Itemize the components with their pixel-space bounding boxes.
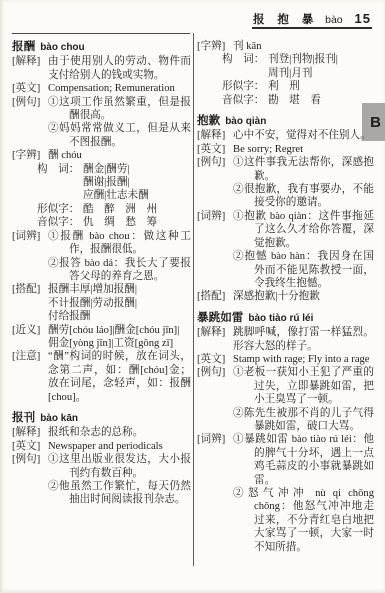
headword-text: 抱歉 [197, 114, 220, 127]
section-text: ②很抱歉，我有事要办，不能接受你的邀请。 [233, 183, 374, 210]
entry-section: [例句]①老板一获知小王犯了严重的过失，立即暴跳如雷，把小王臭骂了一顿。②陈先生… [197, 366, 374, 433]
section-content: 酬劳[chóu láo]|酬金[chóu jīn]|佣金[yòng jīn]|工… [48, 324, 191, 351]
section-text: “酬”构词的时候，放在词头，念第二声，如：酬[chóu]金；放在词尾，念轻声，如… [48, 350, 191, 404]
entry-section: [解释]跳脚呼喊，像打雷一样猛烈。形容大怒的样子。 [197, 326, 374, 353]
section-text: 酬劳[chóu láo]|酬金[chóu jīn]| [48, 324, 191, 337]
kv-line: 周刊|月刊 [268, 67, 374, 80]
dict-entry: 报酬bào chou[解释]由于使用别人的劳动、物件而支付给别人的钱或实物。[英… [12, 40, 191, 404]
section-text: Compensation; Remuneration [48, 82, 191, 95]
kv-key: 构 词： [37, 163, 83, 203]
section-content: ①暴跳如雷 bào tiào rú léi：他的脾气十分坏，遇上一点鸡毛蒜皮的小… [233, 433, 374, 554]
section-content: 深感抱歉|十分抱歉 [233, 290, 374, 303]
entry-headword: 报酬bào chou [12, 40, 191, 54]
section-label: [例句] [12, 96, 48, 150]
section-text: Stamp with rage; Fly into a rage [233, 353, 374, 366]
entry-section: [字辨]刊 kān [197, 40, 374, 53]
kv-line: 酬谢|报酬| [83, 176, 191, 189]
section-label: [例句] [197, 366, 233, 433]
kv-row: 构 词：酬金|酬劳|酬谢|报酬|应酬|壮志未酬 [37, 163, 191, 203]
entry-headword: 抱歉bào qiàn [197, 114, 374, 128]
entry-section: [搭配]报酬丰厚|增加报酬|不计报酬|劳动报酬|付给报酬 [12, 283, 191, 323]
section-content: Be sorry; Regret [233, 143, 374, 156]
section-text: 深感抱歉|十分抱歉 [233, 290, 374, 303]
section-label: [英文] [197, 143, 233, 156]
section-text: ②陈先生被那不肖的儿子气得暴跳如雷，破口大骂。 [233, 407, 374, 434]
section-content: Newspaper and periodicals [48, 440, 191, 453]
kv-value: 勘 堪 看 [268, 94, 374, 107]
section-content: ①这项工作虽然繁重，但是报酬很高。②妈妈常常做义工，但是从来不图报酬。 [48, 96, 191, 150]
section-label: [词辨] [197, 210, 233, 290]
headword-text: 报刊 [12, 411, 35, 424]
right-column: [字辨]刊 kān构 词：刊登|刊物|报刊|周刊|月刊形似字：利 刑音似字：勘 … [197, 40, 374, 561]
kv-row: 音似字：仇 绸 愁 筹 [37, 216, 191, 229]
section-text: ②报答 bào dá：我长大了要报答父母的养育之恩。 [48, 257, 191, 284]
section-label: [字辨] [197, 40, 233, 53]
entry-headword: 暴跳如雷bào tiào rú léi [197, 311, 374, 325]
section-text: ①报酬 bào chou：做这种工作，报酬很低。 [48, 230, 191, 257]
section-content: 跳脚呼喊，像打雷一样猛烈。形容大怒的样子。 [233, 326, 374, 353]
headword-text: 暴跳如雷 [197, 311, 243, 324]
header-section-pinyin: bào [325, 14, 343, 26]
section-content: ①报酬 bào chou：做这种工作，报酬很低。②报答 bào dá：我长大了要… [48, 230, 191, 284]
headword-text: 报酬 [12, 40, 35, 53]
content-columns: 报酬bào chou[解释]由于使用别人的劳动、物件而支付给别人的钱或实物。[英… [12, 40, 374, 561]
section-label: [解释] [197, 129, 233, 142]
kv-key: 形似字： [222, 80, 268, 93]
section-text: ②抱憾 bào hàn：我因身在国外而不能见陈教授一面，令我终生抱憾。 [233, 250, 374, 290]
page-header: 报 抱 暴 bào 15 [253, 11, 371, 27]
section-text: ①暴跳如雷 bào tiào rú léi：他的脾气十分坏，遇上一点鸡毛蒜皮的小… [233, 433, 374, 487]
section-content: 刊 kān [233, 40, 374, 53]
section-content: 由于使用别人的劳动、物件而支付给别人的钱或实物。 [48, 55, 191, 82]
section-text: ①抱歉 bào qiàn：这件事拖延了这么久才给你答覆，深觉抱歉。 [233, 210, 374, 250]
section-content: ①这件事我无法帮你，深感抱歉。②很抱歉，我有事要办，不能接受你的邀请。 [233, 156, 374, 210]
section-label: [英文] [12, 82, 48, 95]
kv-key: 音似字： [222, 94, 268, 107]
section-text: 由于使用别人的劳动、物件而支付给别人的钱或实物。 [48, 55, 191, 82]
entry-section: [解释]由于使用别人的劳动、物件而支付给别人的钱或实物。 [12, 55, 191, 82]
entry-section: [例句]①这件事我无法帮你，深感抱歉。②很抱歉，我有事要办，不能接受你的邀请。 [197, 156, 374, 210]
entry-section: [例句]①这项工作虽然繁重，但是报酬很高。②妈妈常常做义工，但是从来不图报酬。 [12, 96, 191, 150]
header-rule [252, 27, 372, 29]
left-column-top-rule [12, 33, 190, 34]
section-label: [搭配] [197, 290, 233, 303]
section-text: 付给报酬 [48, 310, 191, 323]
section-text: 不计报酬|劳动报酬| [48, 297, 191, 310]
kv-line: 勘 堪 看 [268, 94, 374, 107]
entry-section: [英文]Be sorry; Regret [197, 143, 374, 156]
section-label: [解释] [12, 55, 48, 82]
entry-section: [搭配]深感抱歉|十分抱歉 [197, 290, 374, 303]
section-text: ①这件事我无法帮你，深感抱歉。 [233, 156, 374, 183]
section-text: ①老板一获知小王犯了严重的过失，立即暴跳如雷，把小王臭骂了一顿。 [233, 366, 374, 406]
section-label: [例句] [12, 453, 48, 507]
section-text: 报纸和杂志的总称。 [48, 426, 191, 439]
section-label: [近义] [12, 324, 48, 351]
section-label: [例句] [197, 156, 233, 210]
section-text: ②他虽然工作繁忙，每天仍然抽出时间阅读报刊杂志。 [48, 480, 191, 507]
entry-section: [英文]Stamp with rage; Fly into a rage [197, 353, 374, 366]
kv-line: 利 刑 [268, 80, 374, 93]
kv-block: 构 词：刊登|刊物|报刊|周刊|月刊形似字：利 刑音似字：勘 堪 看 [222, 53, 374, 107]
section-text: ①这项工作虽然繁重，但是报酬很高。 [48, 96, 191, 123]
section-content: 报酬丰厚|增加报酬|不计报酬|劳动报酬|付给报酬 [48, 283, 191, 323]
kv-key: 构 词： [222, 53, 268, 80]
kv-block: 构 词：酬金|酬劳|酬谢|报酬|应酬|壮志未酬形似字：酷 醉 洲 州音似字：仇 … [37, 163, 191, 230]
section-content: ①抱歉 bào qiàn：这件事拖延了这么久才给你答覆，深觉抱歉。②抱憾 bào… [233, 210, 374, 290]
kv-row: 构 词：刊登|刊物|报刊|周刊|月刊 [222, 53, 374, 80]
section-text: Be sorry; Regret [233, 143, 374, 156]
section-content: 酬 chóu [48, 149, 191, 162]
section-text: 刊 kān [233, 40, 374, 53]
entry-section: [词辨]①报酬 bào chou：做这种工作，报酬很低。②报答 bào dá：我… [12, 230, 191, 284]
entry-section: [词辨]①抱歉 bào qiàn：这件事拖延了这么久才给你答覆，深觉抱歉。②抱憾… [197, 210, 374, 290]
header-section-chars: 报 抱 暴 [253, 14, 318, 26]
section-text: 心中不安，觉得对不住别人。 [233, 129, 374, 142]
section-text: 跳脚呼喊，像打雷一样猛烈。形容大怒的样子。 [233, 326, 374, 353]
kv-line: 酷 醉 洲 州 [83, 203, 191, 216]
section-label: [注意] [12, 350, 48, 404]
section-content: Compensation; Remuneration [48, 82, 191, 95]
kv-value: 酷 醉 洲 州 [83, 203, 191, 216]
entry-section: [英文]Newspaper and periodicals [12, 440, 191, 453]
section-text: 酬 chóu [48, 149, 191, 162]
dict-entry: 报刊bào kān[解释]报纸和杂志的总称。[英文]Newspaper and … [12, 411, 191, 507]
entry-section: [解释]报纸和杂志的总称。 [12, 426, 191, 439]
entry-section: [注意]“酬”构词的时候，放在词头，念第二声，如：酬[chóu]金；放在词尾，念… [12, 350, 191, 404]
section-label: [词辨] [197, 433, 233, 554]
section-text: 佣金[yòng jīn]|工资[gōng zī] [48, 337, 191, 350]
kv-value: 利 刑 [268, 80, 374, 93]
kv-value: 刊登|刊物|报刊|周刊|月刊 [268, 53, 374, 80]
kv-value: 酬金|酬劳|酬谢|报酬|应酬|壮志未酬 [83, 163, 191, 203]
section-label: [词辨] [12, 230, 48, 284]
entry-section: [解释]心中不安，觉得对不住别人。 [197, 129, 374, 142]
dict-entry: 暴跳如雷bào tiào rú léi[解释]跳脚呼喊，像打雷一样猛烈。形容大怒… [197, 311, 374, 554]
kv-row: 音似字：勘 堪 看 [222, 94, 374, 107]
headword-pinyin: bào kān [40, 413, 78, 424]
section-text: Newspaper and periodicals [48, 440, 191, 453]
entry-headword: 报刊bào kān [12, 411, 191, 425]
section-text: ①这里出版业很发达，大小报刊约有数百种。 [48, 453, 191, 480]
kv-line: 仇 绸 愁 筹 [83, 216, 191, 229]
section-text: 报酬丰厚|增加报酬| [48, 283, 191, 296]
kv-line: 刊登|刊物|报刊| [268, 53, 374, 66]
section-text: ②妈妈常常做义工，但是从来不图报酬。 [48, 122, 191, 149]
kv-line: 酬金|酬劳| [83, 163, 191, 176]
section-content: 报纸和杂志的总称。 [48, 426, 191, 439]
section-label: [解释] [12, 426, 48, 439]
section-label: [字辨] [12, 149, 48, 162]
dictionary-page: 报 抱 暴 bào 15 B 报酬bào chou[解释]由于使用别人的劳动、物… [0, 0, 385, 593]
dict-entry: [字辨]刊 kān构 词：刊登|刊物|报刊|周刊|月刊形似字：利 刑音似字：勘 … [197, 40, 374, 107]
left-column: 报酬bào chou[解释]由于使用别人的劳动、物件而支付给别人的钱或实物。[英… [12, 40, 191, 561]
section-content: ①老板一获知小王犯了严重的过失，立即暴跳如雷，把小王臭骂了一顿。②陈先生被那不肖… [233, 366, 374, 433]
section-label: [解释] [197, 326, 233, 353]
section-content: 心中不安，觉得对不住别人。 [233, 129, 374, 142]
kv-key: 音似字： [37, 216, 83, 229]
entry-section: [英文]Compensation; Remuneration [12, 82, 191, 95]
headword-pinyin: bào chou [40, 42, 84, 53]
section-label: [英文] [12, 440, 48, 453]
headword-pinyin: bào tiào rú léi [248, 313, 313, 324]
kv-line: 应酬|壮志未酬 [83, 189, 191, 202]
section-content: “酬”构词的时候，放在词头，念第二声，如：酬[chóu]金；放在词尾，念轻声，如… [48, 350, 191, 404]
entry-section: [字辨]酬 chóu [12, 149, 191, 162]
kv-value: 仇 绸 愁 筹 [83, 216, 191, 229]
entry-section: [例句]①这里出版业很发达，大小报刊约有数百种。②他虽然工作繁忙，每天仍然抽出时… [12, 453, 191, 507]
entry-section: [词辨]①暴跳如雷 bào tiào rú léi：他的脾气十分坏，遇上一点鸡毛… [197, 433, 374, 554]
section-label: [英文] [197, 353, 233, 366]
kv-row: 形似字：酷 醉 洲 州 [37, 203, 191, 216]
kv-row: 形似字：利 刑 [222, 80, 374, 93]
section-label: [搭配] [12, 283, 48, 323]
section-content: ①这里出版业很发达，大小报刊约有数百种。②他虽然工作繁忙，每天仍然抽出时间阅读报… [48, 453, 191, 507]
page-number: 15 [355, 11, 371, 26]
section-content: Stamp with rage; Fly into a rage [233, 353, 374, 366]
kv-key: 形似字： [37, 203, 83, 216]
headword-pinyin: bào qiàn [225, 116, 266, 127]
dict-entry: 抱歉bào qiàn[解释]心中不安，觉得对不住别人。[英文]Be sorry;… [197, 114, 374, 304]
entry-section: [近义]酬劳[chóu láo]|酬金[chóu jīn]|佣金[yòng jī… [12, 324, 191, 351]
section-text: ②怒气冲冲 nù qi chōng chōng：他怒气冲冲地走过来，不分青红皂白… [233, 487, 374, 554]
